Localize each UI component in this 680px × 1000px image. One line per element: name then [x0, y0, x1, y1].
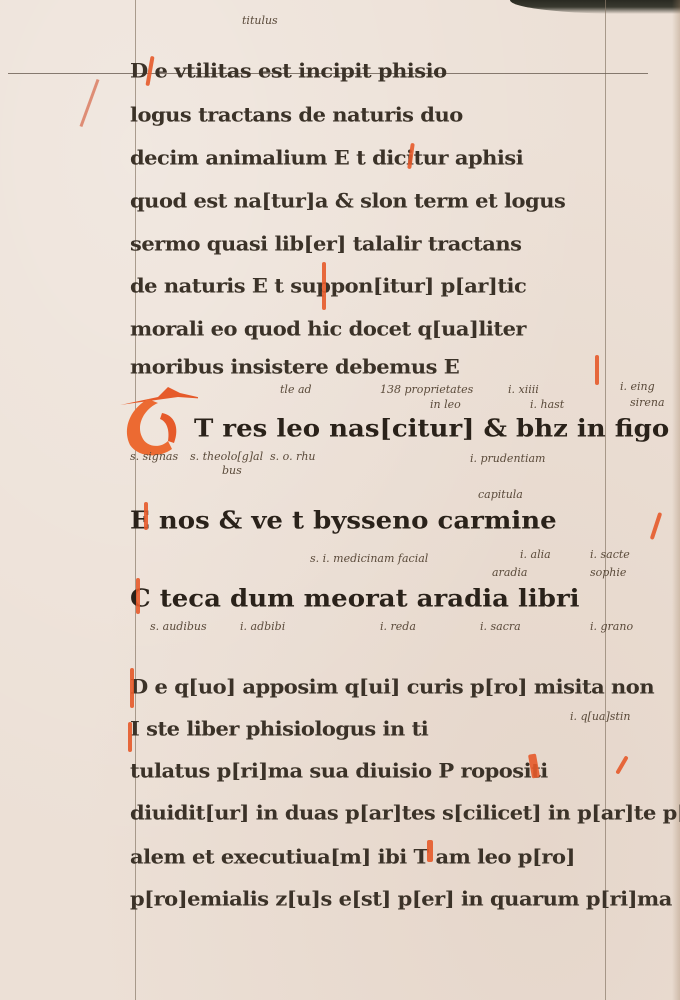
- gloss-21: i. reda: [380, 620, 416, 633]
- gloss-23: i. grano: [590, 620, 633, 633]
- rubric-stroke-icon: [427, 840, 433, 862]
- gloss-2: 138 proprietates: [380, 383, 473, 396]
- gloss-19: s. audibus: [150, 620, 207, 633]
- manuscript-line-7: morali eo quod hic docet q[ua]liter: [130, 317, 526, 341]
- gloss-15: i. alia: [520, 548, 551, 561]
- manuscript-line-15: diuidit[ur] in duas p[ar]tes s[cilicet] …: [130, 801, 680, 825]
- manuscript-line-8: moribus insistere debemus E: [130, 355, 459, 379]
- gloss-5: in leo: [430, 398, 461, 411]
- rubric-stroke-icon: [130, 668, 134, 708]
- gloss-8: s. signas: [130, 450, 178, 463]
- gloss-24: i. q[ua]stin: [570, 710, 630, 723]
- gloss-11: bus: [222, 464, 242, 477]
- manuscript-line-5: sermo quasi lib[er] talalir tractans: [130, 232, 521, 256]
- rubric-stroke-icon: [595, 355, 599, 385]
- manuscript-line-16: alem et executiua[m] ibi T am leo p[ro]: [130, 845, 575, 869]
- manuscript-line-14: tulatus p[ri]ma sua diuisio P ropositi: [130, 759, 548, 783]
- gloss-1: tle ad: [280, 383, 312, 396]
- gloss-4: i. eing: [620, 380, 655, 393]
- gloss-22: i. sacra: [480, 620, 521, 633]
- rubric-stroke-icon: [144, 502, 148, 530]
- gloss-titulus: titulus: [242, 14, 278, 27]
- manuscript-line-10: E nos & ve t bysseno carmine: [130, 507, 557, 536]
- gloss-10: s. o. rhu: [270, 450, 316, 463]
- rubric-margin-mark: [80, 79, 100, 127]
- manuscript-line-9: T res leo nas[citur] & bhz in figo: [194, 415, 669, 444]
- gloss-13: capitula: [478, 488, 523, 501]
- rubric-stroke-icon: [128, 722, 132, 752]
- manuscript-line-11: C teca dum meorat aradia libri: [130, 585, 580, 614]
- page-edge-top: [510, 0, 680, 14]
- gloss-14: s. i. medicinam facial: [310, 552, 428, 565]
- page-edge-right: [672, 0, 680, 1000]
- gloss-9: s. theolo[g]al: [190, 450, 263, 463]
- manuscript-line-3: decim animalium E t dicitur aphisi: [130, 146, 523, 170]
- manuscript-line-12: D e q[uo] apposim q[ui] curis p[ro] misi…: [130, 675, 654, 699]
- gloss-20: i. adbibi: [240, 620, 285, 633]
- gloss-12: i. prudentiam: [470, 452, 545, 465]
- rubric-stroke-icon: [136, 578, 140, 614]
- gloss-18: sophie: [590, 566, 626, 579]
- gloss-16: i. sacte: [590, 548, 630, 561]
- rubric-stroke-icon: [615, 755, 628, 774]
- manuscript-line-13: I ste liber phisiologus in ti: [130, 717, 428, 741]
- gloss-17: aradia: [492, 566, 528, 579]
- ruling-line-right: [605, 0, 606, 1000]
- manuscript-line-1: D e vtilitas est incipit phisio: [130, 59, 447, 83]
- gloss-3: i. xiiii: [508, 383, 539, 396]
- rubric-stroke-icon: [322, 262, 326, 310]
- manuscript-line-6: de naturis E t suppon[itur] p[ar]tic: [130, 274, 526, 298]
- manuscript-line-17: p[ro]emialis z[u]s e[st] p[er] in quarum…: [130, 887, 672, 911]
- manuscript-line-2: logus tractans de naturis duo: [130, 103, 463, 127]
- gloss-7: sirena: [630, 396, 665, 409]
- rubric-stroke-icon: [650, 512, 662, 540]
- manuscript-line-4: quod est na[tur]a & slon term et logus: [130, 189, 565, 213]
- gloss-6: i. hast: [530, 398, 564, 411]
